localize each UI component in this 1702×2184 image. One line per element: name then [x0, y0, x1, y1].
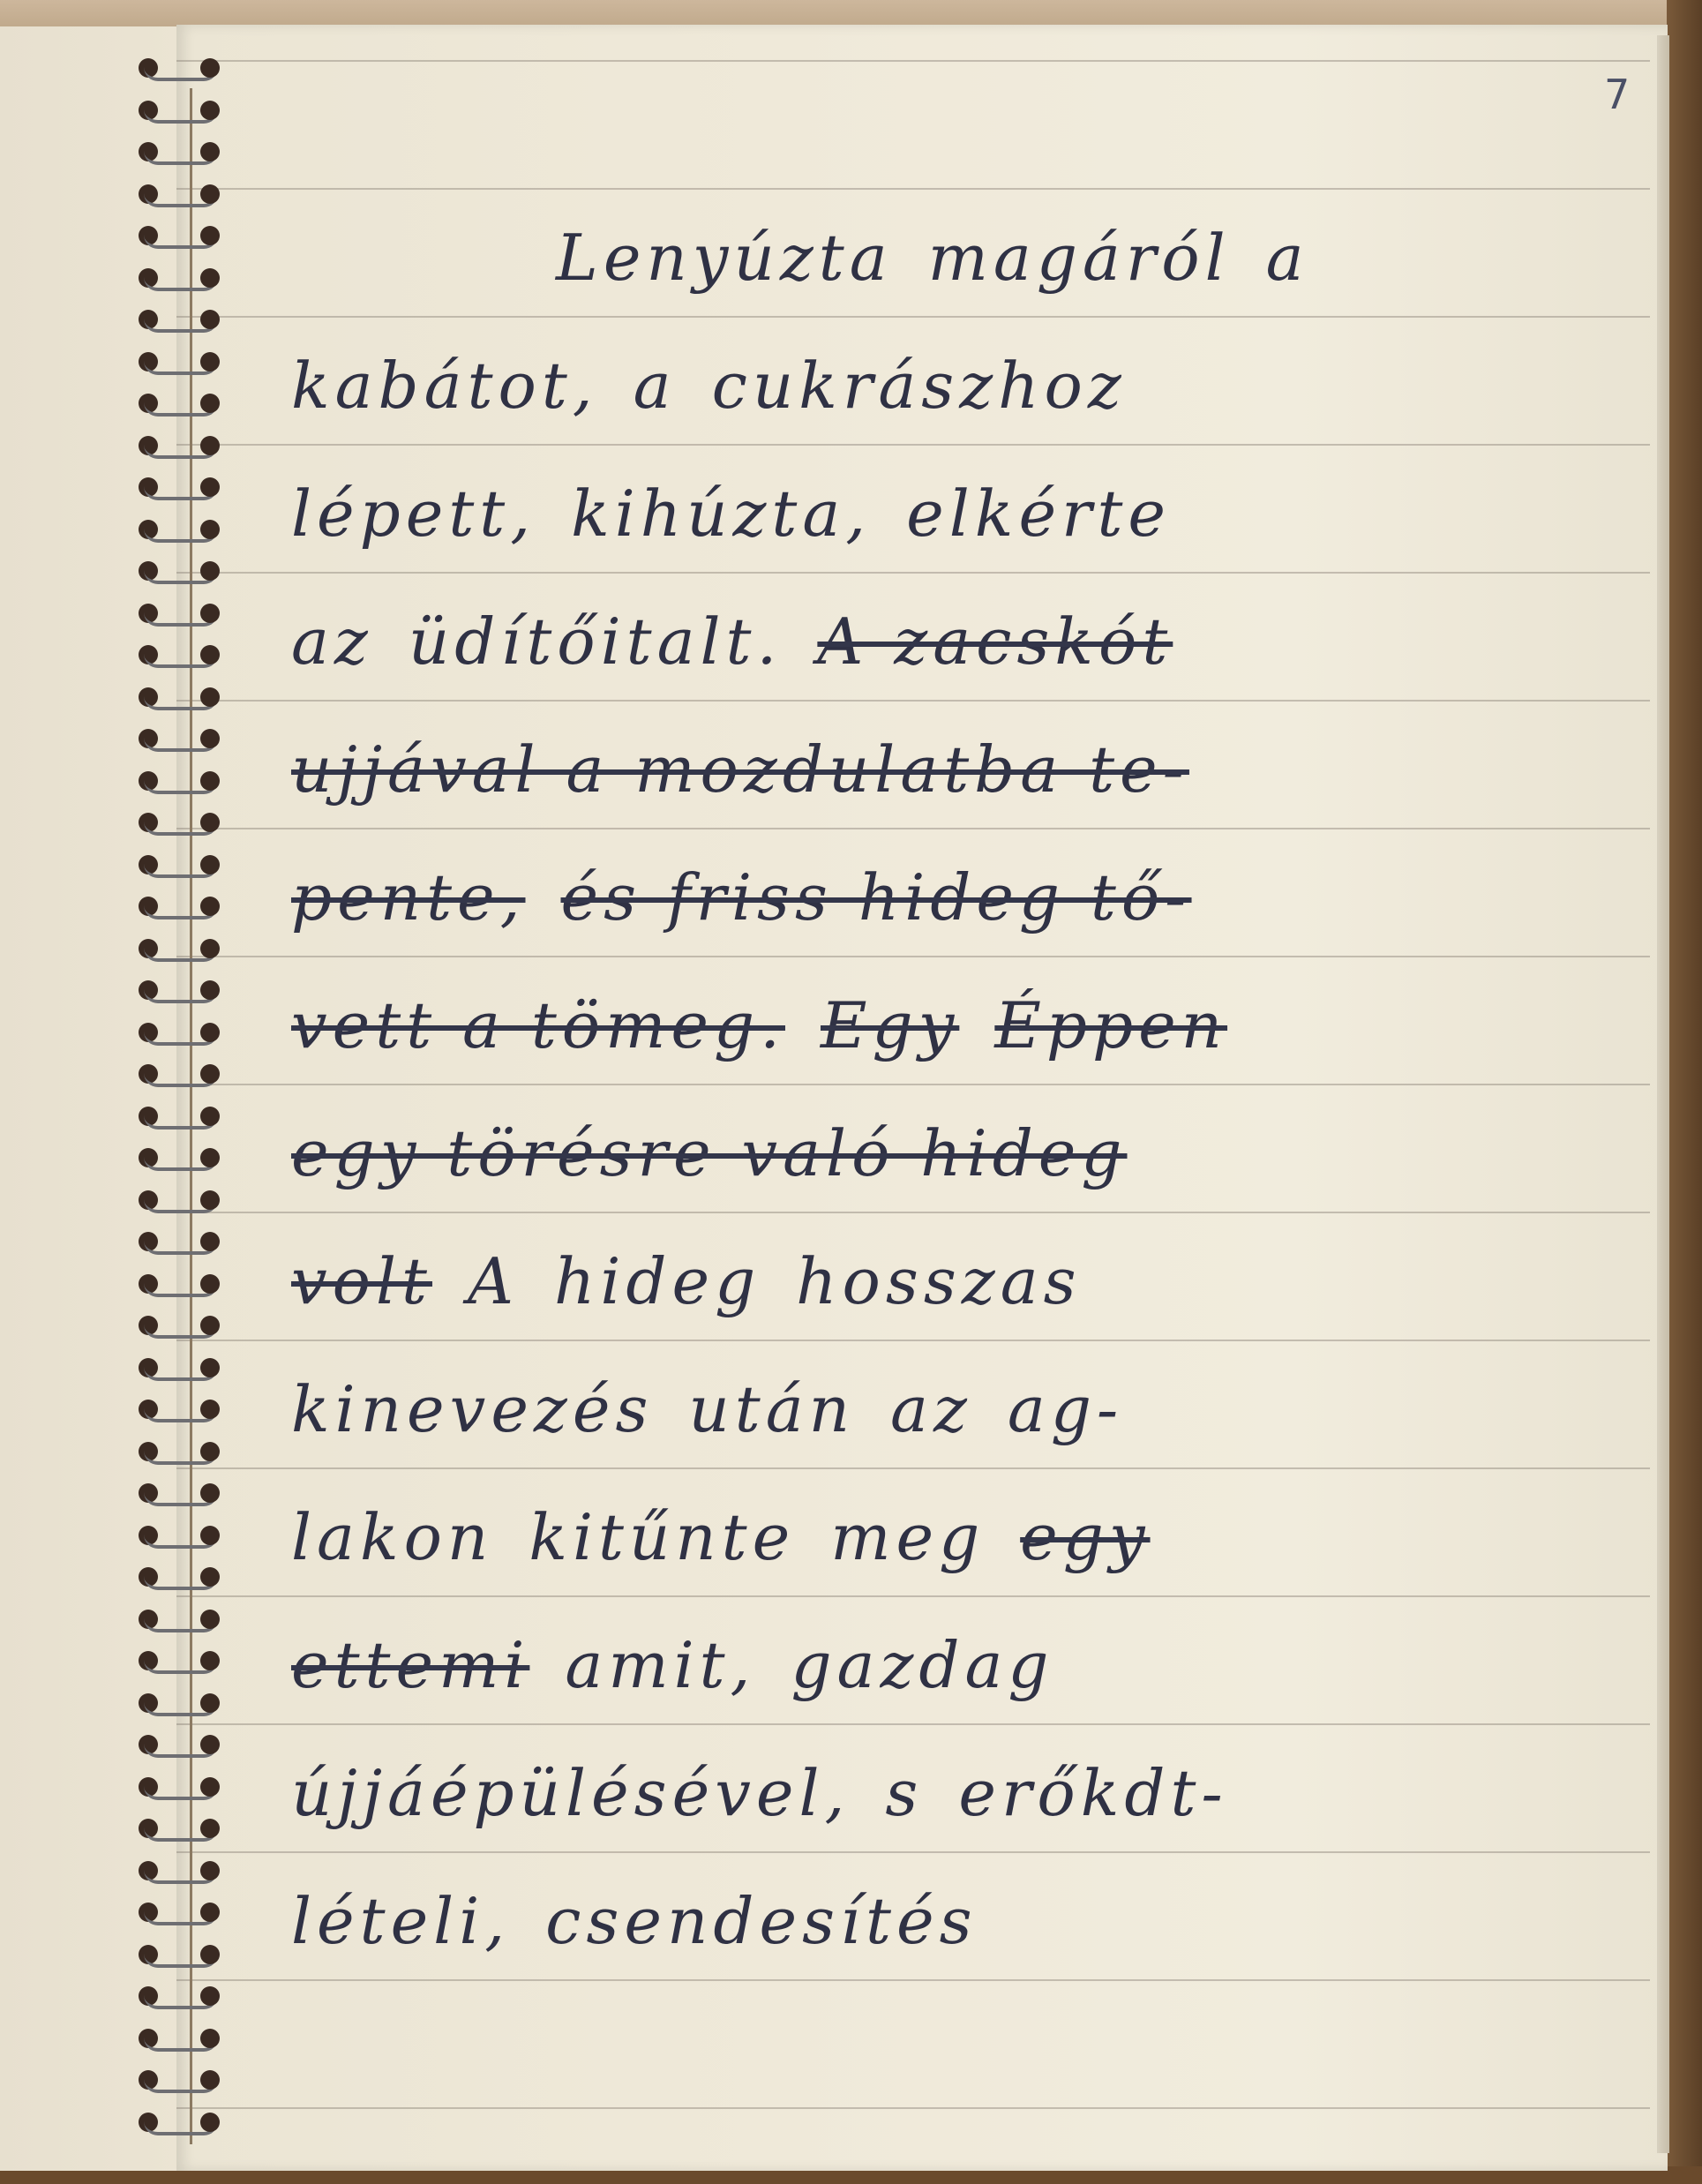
punch-hole: [200, 980, 220, 1000]
word: kinevezés: [291, 1372, 653, 1446]
spiral-ring: [128, 556, 234, 591]
struck-word: egy törésre való hideg: [291, 1116, 1127, 1190]
spiral-ring: [128, 1730, 234, 1765]
word: újjáépülésével,: [291, 1756, 850, 1830]
punch-hole: [200, 310, 220, 329]
spiral-ring: [128, 472, 234, 507]
spiral-ring: [128, 2023, 234, 2059]
punch-hole: [200, 1358, 220, 1377]
ruled-line: [176, 60, 1650, 62]
word: csendesítés: [545, 1884, 977, 1958]
spiral-ring: [128, 1143, 234, 1178]
manuscript-line: lépett,kihúzta,elkérte: [291, 477, 1206, 551]
spiral-ring: [128, 640, 234, 675]
spiral-ring: [128, 1101, 234, 1137]
punch-hole: [200, 1483, 220, 1503]
spiral-ring: [128, 431, 234, 466]
manuscript-line: voltAhideghosszas: [291, 1244, 1117, 1318]
spiral-ring: [128, 807, 234, 843]
spiral-ring: [128, 1688, 234, 1723]
ruled-line: [176, 1084, 1650, 1085]
spiral-ring: [128, 1897, 234, 1933]
word: erőkdt-: [958, 1756, 1227, 1830]
punch-hole: [200, 1400, 220, 1419]
manuscript-line: ettemiamit,gazdag: [291, 1628, 1090, 1702]
spiral-ring: [128, 1856, 234, 1891]
punch-hole: [200, 939, 220, 958]
punch-hole: [200, 729, 220, 748]
punch-hole: [200, 771, 220, 791]
page-number: 7: [1604, 71, 1630, 118]
page-stack-edge: [1657, 35, 1669, 2153]
punch-hole: [200, 1651, 220, 1670]
spiral-ring: [128, 1227, 234, 1262]
punch-hole: [200, 58, 220, 78]
struck-word: pente,: [291, 860, 526, 934]
word: elkérte: [906, 477, 1171, 551]
desk-background-right: [1667, 0, 1702, 2184]
spiral-ring: [128, 179, 234, 214]
punch-hole: [200, 436, 220, 455]
spiral-ring: [128, 934, 234, 969]
spiral-ring: [128, 388, 234, 424]
punch-hole: [200, 1023, 220, 1042]
manuscript-line: újjáépülésével,serőkdt-: [291, 1756, 1263, 1830]
ruled-line: [176, 1723, 1650, 1725]
spiral-ring: [128, 1017, 234, 1053]
spiral-ring: [128, 1604, 234, 1640]
manuscript-line: ujjával a mozdulatba te-: [291, 732, 1225, 807]
spiral-ring: [128, 1185, 234, 1220]
punch-hole: [200, 645, 220, 664]
spiral-ring: [128, 1478, 234, 1513]
word: hideg: [554, 1244, 761, 1318]
word: kitűnte: [529, 1500, 795, 1574]
punch-hole: [200, 394, 220, 413]
struck-word: A zacskót: [817, 604, 1173, 679]
spiral-ring: [128, 514, 234, 550]
word: amit,: [565, 1628, 755, 1702]
word: lépett,: [291, 477, 536, 551]
word: lakon: [291, 1500, 493, 1574]
punch-hole: [200, 1064, 220, 1084]
spiral-ring: [128, 263, 234, 298]
punch-hole: [200, 352, 220, 372]
spiral-ring: [128, 347, 234, 382]
ruled-line: [176, 1212, 1650, 1213]
spiral-ring: [128, 1437, 234, 1472]
punch-hole: [200, 1777, 220, 1797]
punch-hole: [200, 687, 220, 707]
spiral-ring: [128, 304, 234, 340]
punch-hole: [200, 268, 220, 288]
manuscript-line: kinevezésutánazag-: [291, 1372, 1158, 1446]
spiral-ring: [128, 1772, 234, 1807]
punch-hole: [200, 2029, 220, 2048]
ruled-line: [176, 444, 1650, 446]
word: üdítőitalt.: [409, 604, 783, 679]
ruled-line: [176, 2107, 1650, 2109]
ruled-line: [176, 700, 1650, 702]
word: cukrászhoz: [712, 349, 1127, 423]
manuscript-line: Lenyúztamagáróla: [556, 221, 1345, 295]
punch-hole: [200, 1986, 220, 2006]
punch-hole: [200, 813, 220, 832]
ruled-line: [176, 1595, 1650, 1597]
struck-word: egy: [1020, 1500, 1150, 1574]
ruled-line: [176, 1979, 1650, 1981]
punch-hole: [200, 477, 220, 497]
punch-hole: [200, 184, 220, 204]
spiral-ring: [128, 1646, 234, 1681]
spiral-ring: [128, 1813, 234, 1849]
word: ag-: [1008, 1372, 1123, 1446]
spiral-ring: [128, 137, 234, 172]
spiral-ring: [128, 2065, 234, 2100]
spiral-ring: [128, 1059, 234, 1094]
punch-hole: [200, 101, 220, 120]
word: hosszas: [796, 1244, 1081, 1318]
spiral-binding: [128, 53, 234, 2171]
punch-hole: [200, 1945, 220, 1964]
word: gazdag: [791, 1628, 1053, 1702]
spiral-ring: [128, 1269, 234, 1304]
punch-hole: [200, 1232, 220, 1251]
punch-hole: [200, 855, 220, 874]
spiral-ring: [128, 53, 234, 88]
ruled-line: [176, 188, 1650, 190]
ruled-line: [176, 316, 1650, 318]
punch-hole: [200, 1148, 220, 1167]
punch-hole: [200, 2113, 220, 2132]
word: magáról: [928, 221, 1231, 295]
punch-hole: [200, 1903, 220, 1922]
manuscript-line: pente,és friss hideg tő-: [291, 860, 1227, 934]
ruled-line: [176, 1340, 1650, 1341]
punch-hole: [200, 1819, 220, 1838]
spiral-ring: [128, 1353, 234, 1388]
struck-word: Egy: [821, 988, 959, 1062]
spiral-ring: [128, 1562, 234, 1597]
word: a: [634, 349, 677, 423]
ruled-line: [176, 1467, 1650, 1469]
punch-hole: [200, 1735, 220, 1754]
punch-hole: [200, 561, 220, 581]
punch-hole: [200, 1274, 220, 1294]
word: kihúzta,: [571, 477, 871, 551]
punch-hole: [200, 1861, 220, 1880]
word: az: [890, 1372, 972, 1446]
punch-hole: [200, 897, 220, 916]
word: a: [1266, 221, 1309, 295]
punch-hole: [200, 142, 220, 161]
punch-hole: [200, 1442, 220, 1461]
punch-hole: [200, 1316, 220, 1335]
struck-word: volt: [291, 1244, 432, 1318]
struck-word: Éppen: [994, 988, 1227, 1062]
word: lételi,: [291, 1884, 510, 1958]
struck-word: és friss hideg tő-: [561, 860, 1192, 934]
punch-hole: [200, 520, 220, 539]
spiral-ring: [128, 724, 234, 759]
spiral-ring: [128, 95, 234, 131]
word: az: [291, 604, 373, 679]
spiral-ring: [128, 891, 234, 927]
manuscript-line: vett a tömeg.EgyÉppen: [291, 988, 1263, 1062]
manuscript-line: egy törésre való hideg: [291, 1116, 1162, 1190]
punch-hole: [200, 1693, 220, 1713]
manuscript-line: kabátot,acukrászhoz: [291, 349, 1162, 423]
spiral-ring: [128, 1981, 234, 2016]
spiral-ring: [128, 766, 234, 801]
spiral-ring: [128, 598, 234, 634]
manuscript-line: lakonkitűntemegegy: [291, 1500, 1186, 1574]
punch-hole: [200, 2070, 220, 2090]
spiral-ring: [128, 2107, 234, 2143]
punch-hole: [200, 1190, 220, 1210]
word: után: [688, 1372, 855, 1446]
word: s: [885, 1756, 923, 1830]
punch-hole: [200, 1610, 220, 1629]
spiral-ring: [128, 682, 234, 717]
spiral-ring: [128, 850, 234, 885]
spiral-ring: [128, 975, 234, 1010]
struck-word: ujjával a mozdulatba te-: [291, 732, 1189, 807]
punch-hole: [200, 1526, 220, 1545]
spiral-ring: [128, 1520, 234, 1556]
word: A: [468, 1244, 519, 1318]
notebook-page: [176, 25, 1668, 2171]
spiral-ring: [128, 1394, 234, 1430]
manuscript-line: lételi,csendesítés: [291, 1884, 1013, 1958]
word: kabátot,: [291, 349, 598, 423]
spiral-ring: [128, 221, 234, 256]
word: Lenyúzta: [556, 221, 893, 295]
spiral-ring: [128, 1310, 234, 1346]
struck-word: ettemi: [291, 1628, 529, 1702]
ruled-line: [176, 1851, 1650, 1853]
punch-hole: [200, 604, 220, 623]
manuscript-line: azüdítőitalt.A zacskót: [291, 604, 1208, 679]
ruled-line: [176, 956, 1650, 957]
ruled-line: [176, 572, 1650, 574]
struck-word: vett a tömeg.: [291, 988, 785, 1062]
spiral-ring: [128, 1940, 234, 1975]
punch-hole: [200, 1107, 220, 1126]
punch-hole: [200, 1567, 220, 1587]
ruled-line: [176, 828, 1650, 829]
punch-hole: [200, 226, 220, 245]
word: meg: [830, 1500, 985, 1574]
